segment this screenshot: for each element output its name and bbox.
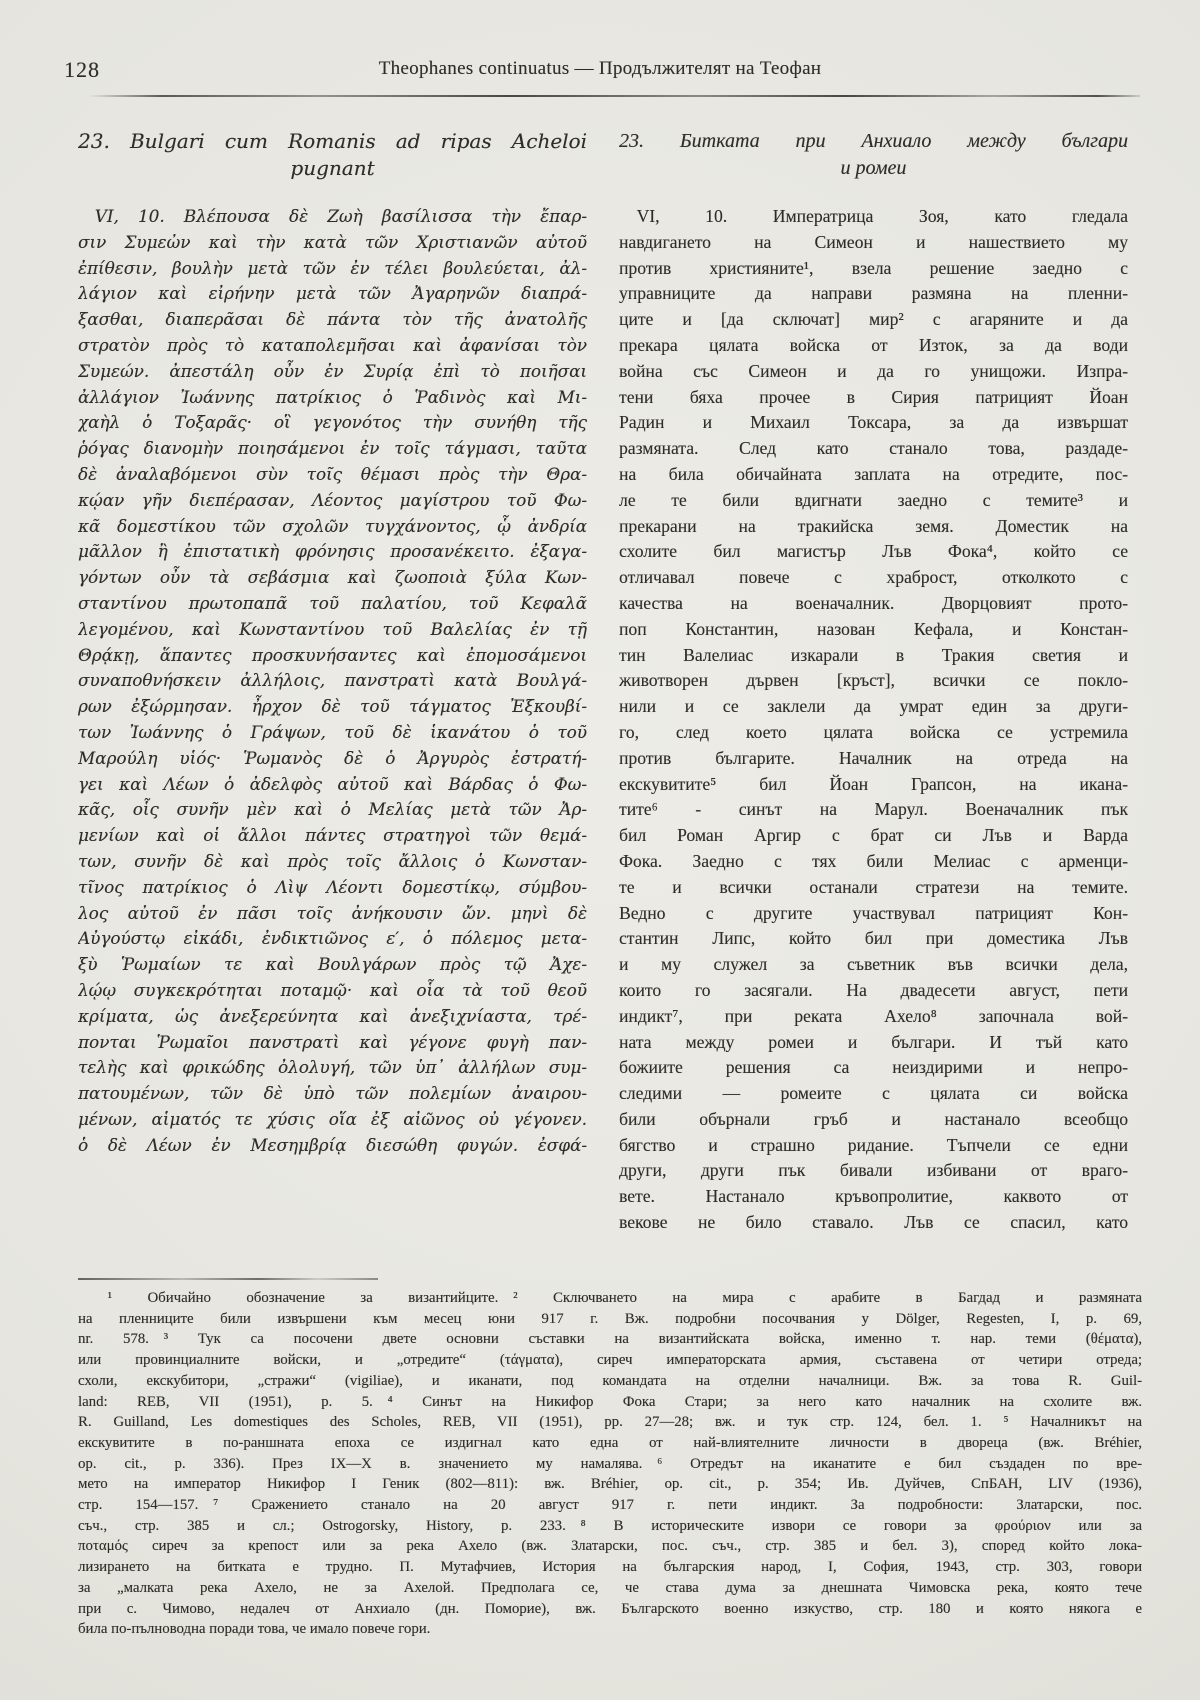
greek-text-line: γόντων οὖν τὰ σεβάσμια καὶ ζωοποιὰ ξύλα … (78, 565, 587, 591)
bulgarian-text-line: нили и се заклели да умрат един за други… (619, 694, 1128, 720)
footnote-line: ¹ Обичайно обозначение за византийците. … (78, 1288, 1142, 1309)
bulgarian-text-line: Ведно с другите участвувал патрицият Кон… (619, 901, 1128, 927)
greek-text-line: Συμεών. ἀπεστάλη οὖν ἐν Συρίᾳ ἐπὶ τὸ ποι… (78, 359, 587, 385)
footnote-line: land: REB, VII (1951), p. 5. ⁴ Синът на … (78, 1392, 1142, 1413)
footnote-line: съч., стр. 385 и сл.; Ostrogorsky, Histo… (78, 1516, 1142, 1537)
bulgarian-text-line: прекарани на тракийска земя. Доместик на (619, 514, 1128, 540)
greek-text-line: ξασθαι, διαπερᾶσαι δὲ πάντα τὸν τῆς ἀνατ… (78, 307, 587, 333)
latin-heading-line-2: pugnant (78, 155, 587, 182)
footnote-line: била по-пълноводна поради това, че имало… (78, 1619, 1142, 1640)
footnote-line: стр. 154—157. ⁷ Сражението станало на 20… (78, 1495, 1142, 1516)
bulgarian-text-line: война със Симеон и да го унищожи. Изпра- (619, 359, 1128, 385)
greek-text-line: χαὴλ ὁ Τοξαρᾶς· οἳ γεγονότος τὴν συνήθη … (78, 410, 587, 436)
greek-text-line: ἐπίθεσιν, βουλὴν μετὰ τῶν ἐν τέλει βουλε… (78, 256, 587, 282)
greek-text-line: κᾶς, οἷς συνῆν μὲν καὶ ὁ Μελίας μετὰ τῶν… (78, 797, 587, 823)
greek-text-line: Θρᾴκῃ, ἅπαντες προσκυνήσαντες καὶ ἐπομοσ… (78, 643, 587, 669)
greek-text-line: κρίματα, ὡς ἀνεξερεύνητα καὶ ἀνεξιχνίαστ… (78, 1004, 587, 1030)
greek-text-line: Αὐγούστῳ εἰκάδι, ἐνδικτιῶνος ε′, ὁ πόλεμ… (78, 926, 587, 952)
greek-text-line: ξὺ Ῥωμαίων τε καὶ Βουλγάρων πρὸς τῷ Ἀχε- (78, 952, 587, 978)
greek-text-line: ἀλλάγιον Ἰωάννης πατρίκιος ὁ Ῥαδινὸς καὶ… (78, 385, 587, 411)
greek-text-line: στρατὸν πρὸς τὸ καταπολεμῆσαι καὶ ἀφανίσ… (78, 333, 587, 359)
greek-text-line: λος αὐτοῦ ἐν πᾶσι τοῖς ἀνήκουσιν ὤν. μην… (78, 901, 587, 927)
bulgarian-text-line: го, след което цялата войска се устремил… (619, 720, 1128, 746)
bulgarian-text-line: навдигането на Симеон и нашествието му (619, 230, 1128, 256)
greek-text-line: μένων, αἱματός τε χύσις οἵα ἐξ αἰῶνος οὐ… (78, 1107, 587, 1133)
bulgarian-text-line: Радин и Михаил Токсара, за да извършат (619, 410, 1128, 436)
greek-text-line: τῖνος πατρίκιος ὁ Λὶψ Λέοντι δομεστίκῳ, … (78, 875, 587, 901)
greek-text-line: σταντίνου πρωτοπαπᾶ τοῦ παλατίου, τοῦ Κε… (78, 591, 587, 617)
greek-text-line: μενίων καὶ οἱ ἄλλοι πάντες στρατηγοὶ τῶν… (78, 823, 587, 849)
greek-text-line: δὲ ἀναλαβόμενοι σὺν τοῖς θέμασι πρὸς τὴν… (78, 462, 587, 488)
bulgarian-section-heading: 23. Битката при Анхиало между българи и … (619, 128, 1128, 182)
bulgarian-text-line: схолите бил магистър Лъв Фока⁴, който се (619, 539, 1128, 565)
footnote-line: за „малката река Ахело, не за Ахелой. Пр… (78, 1578, 1142, 1599)
bulgarian-text-line: божиите решения са неиздирими и непро- (619, 1055, 1128, 1081)
footnote-separator-rule (78, 1278, 378, 1280)
greek-text-line: ρων ἐξώρμησαν. ἦρχον δὲ τοῦ τάγματος Ἐξκ… (78, 694, 587, 720)
bulgarian-text-line: и му служел за съветник във всички дела, (619, 952, 1128, 978)
greek-text-line: σιν Συμεὠν καὶ τὴν κατὰ τῶν Χριστιανῶν α… (78, 230, 587, 256)
greek-text-line: ὁ δὲ Λέων ἐν Μεσημβρίᾳ διεσώθη φυγών. ἐσ… (78, 1133, 587, 1159)
greek-text-line: κῴαν γῆν διεπέρασαν, Λέοντος μαγίστρου τ… (78, 488, 587, 514)
footnote-line: или провинциалните войски, и „отредите“ … (78, 1350, 1142, 1371)
greek-text-line: ῥόγας διανομὴν ποιησάμενοι ἐν τοῖς τάγμα… (78, 436, 587, 462)
latin-heading-line-1: 23. Bulgari cum Romanis ad ripas Acheloi (78, 128, 587, 155)
bulgarian-text-line: против българите. Началник на отреда на (619, 746, 1128, 772)
greek-text-line: VI, 10. Βλέπουσα δὲ Ζωὴ βασίλισσα τὴν ἔπ… (78, 204, 587, 230)
bulgarian-text-line: на била обичайната заплата на отредите, … (619, 462, 1128, 488)
bulgarian-text-line: отличавал повече с храброст, отколкото с (619, 565, 1128, 591)
greek-text-line: Μαρούλη υἱός· Ῥωμανὸς δὲ ὁ Ἀργυρὸς ἐστρα… (78, 746, 587, 772)
greek-text-line: λάγιον καὶ εἰρήνην μετὰ τῶν Ἀγαρηνῶν δια… (78, 281, 587, 307)
bulgarian-text-line: ната между ромеи и българи. И тъй като (619, 1030, 1128, 1056)
bulgarian-text-line: против християните¹, взела решение заедн… (619, 256, 1128, 282)
header-rule (88, 95, 1140, 97)
greek-text-line: μᾶλλον ἢ ἐπιστατικὴ φρόνησις προσανέκειτ… (78, 539, 587, 565)
bulgarian-text-line: Фока. Заедно с тях били Мелиас с арменци… (619, 849, 1128, 875)
bulgarian-text-column: 23. Битката при Анхиало между българи и … (619, 128, 1128, 1236)
greek-text-line: κᾶ δομεστίκου τῶν σχολῶν τυγχάνοντος, ᾧ … (78, 514, 587, 540)
bulgarian-text-line: векове не било ставало. Лъв се спасил, к… (619, 1210, 1128, 1236)
greek-text-line: λῴῳ συγκεκρότηται ποταμῷ· καὶ οἷα τὰ τοῦ… (78, 978, 587, 1004)
bulgarian-text-line: управниците да направи размяна на пленни… (619, 281, 1128, 307)
bulgarian-text-line: тени бяха прочее в Сирия патрицият Йоан (619, 385, 1128, 411)
footnote-line: R. Guilland, Les domestiques des Scholes… (78, 1412, 1142, 1433)
footnote-line: nr. 578. ³ Тук са посочени двете основни… (78, 1329, 1142, 1350)
greek-text-line: πατουμένων, τῶν δὲ ὑπὸ τῶν πολεμίων ἀναι… (78, 1081, 587, 1107)
bulgarian-text-line: ле те били вдигнати заедно с темите³ и (619, 488, 1128, 514)
greek-body-text: VI, 10. Βλέπουσα δὲ Ζωὴ βασίλισσα τὴν ἔπ… (78, 204, 587, 1158)
footnote-line: екскувитите в по-раншната епоха се издиг… (78, 1433, 1142, 1454)
footnote-text: ¹ Обичайно обозначение за византийците. … (78, 1288, 1142, 1640)
footnotes-block: ¹ Обичайно обозначение за византийците. … (78, 1278, 1142, 1640)
footnote-line: схоли, екскубитори, „стражи“ (vigiliae),… (78, 1371, 1142, 1392)
bulgarian-text-line: били обърнали гръб и настанало всеобщо (619, 1107, 1128, 1133)
greek-text-line: τελὴς καὶ φρικώδης ὀλολυγή, τῶν ὑπ᾽ ἀλλή… (78, 1055, 587, 1081)
bulgarian-text-line: бягство и страшно ридание. Тъпчели се ед… (619, 1133, 1128, 1159)
latin-section-heading: 23. Bulgari cum Romanis ad ripas Acheloi… (78, 128, 587, 182)
bulgarian-text-line: други, други пък бивали избивани от враг… (619, 1158, 1128, 1184)
footnote-line: мето на император Никифор I Геник (802—8… (78, 1474, 1142, 1495)
greek-text-line: των Ἰωάννης ὁ Γράψων, τοῦ δὲ ἱκανάτου ὁ … (78, 720, 587, 746)
greek-text-line: των, συνῆν δὲ καὶ πρὸς τοῖς ἄλλοις ὁ Κων… (78, 849, 587, 875)
bulgarian-text-line: следими — ромеите с цялата си войска (619, 1081, 1128, 1107)
bulgarian-text-line: прекара цялата войска от Изток, за да во… (619, 333, 1128, 359)
bulgarian-text-line: качества на военачалник. Дворцовият прот… (619, 591, 1128, 617)
bulgarian-text-line: размяната. След като станало това, разда… (619, 436, 1128, 462)
footnote-line: лизирането на битката е трудно. П. Мутаф… (78, 1557, 1142, 1578)
bulgarian-text-line: VI, 10. Императрица Зоя, като гледала (619, 204, 1128, 230)
greek-text-line: γει καὶ Λέων ὁ ἀδελφὸς αὐτοῦ καὶ Βάρδας … (78, 772, 587, 798)
greek-text-line: λεγομένου, καὶ Κωνσταντίνου τοῦ Βαλελίας… (78, 617, 587, 643)
footnote-line: ποταμός сиреч за крепост или за река Ахе… (78, 1536, 1142, 1557)
footnote-line: на пленниците били извършени към месец ю… (78, 1309, 1142, 1330)
bulgarian-heading-line-2: и ромеи (619, 155, 1128, 182)
two-column-layout: 23. Bulgari cum Romanis ad ripas Acheloi… (78, 128, 1128, 1236)
bulgarian-text-line: ците и [да сключат] мир² с агаряните и д… (619, 307, 1128, 333)
footnote-line: op. cit., p. 336). През IX—X в. значение… (78, 1454, 1142, 1475)
bulgarian-text-line: те и всички останали стратези на темите. (619, 875, 1128, 901)
greek-text-line: συναποθνήσκειν ἀλλήλοις, πανστρατὶ κατὰ … (78, 668, 587, 694)
bulgarian-text-line: екскувитите⁵ бил Йоан Грапсон, на икана- (619, 772, 1128, 798)
footnote-line: при с. Чимово, недалеч от Анхиало (дн. П… (78, 1599, 1142, 1620)
bulgarian-text-line: поп Константин, назован Кефала, и Конста… (619, 617, 1128, 643)
bulgarian-text-line: животворен дървен [кръст], всички се пок… (619, 668, 1128, 694)
bulgarian-text-line: бил Роман Аргир с брат си Лъв и Варда (619, 823, 1128, 849)
greek-text-line: πονται Ῥωμαῖοι πανστρατὶ καὶ γέγονε φυγὴ… (78, 1030, 587, 1056)
bulgarian-text-line: тин Валелиас изкарали в Тракия светия и (619, 643, 1128, 669)
bulgarian-text-line: тите⁶ - синът на Марул. Военачалник пък (619, 797, 1128, 823)
bulgarian-text-line: вете. Настанало кръвопролитие, каквото о… (619, 1184, 1128, 1210)
scanned-book-page: 128 Theophanes continuatus — Продължител… (0, 0, 1200, 1700)
bulgarian-heading-line-1: 23. Битката при Анхиало между българи (619, 128, 1128, 155)
bulgarian-body-text: VI, 10. Императрица Зоя, като гледаланав… (619, 204, 1128, 1236)
running-title: Theophanes continuatus — Продължителят н… (0, 58, 1200, 80)
bulgarian-text-line: индикт⁷, при реката Ахело⁸ започнала вой… (619, 1004, 1128, 1030)
bulgarian-text-line: които го засягали. На двадесети август, … (619, 978, 1128, 1004)
bulgarian-text-line: стантин Липс, който бил при доместика Лъ… (619, 926, 1128, 952)
greek-text-column: 23. Bulgari cum Romanis ad ripas Acheloi… (78, 128, 587, 1236)
